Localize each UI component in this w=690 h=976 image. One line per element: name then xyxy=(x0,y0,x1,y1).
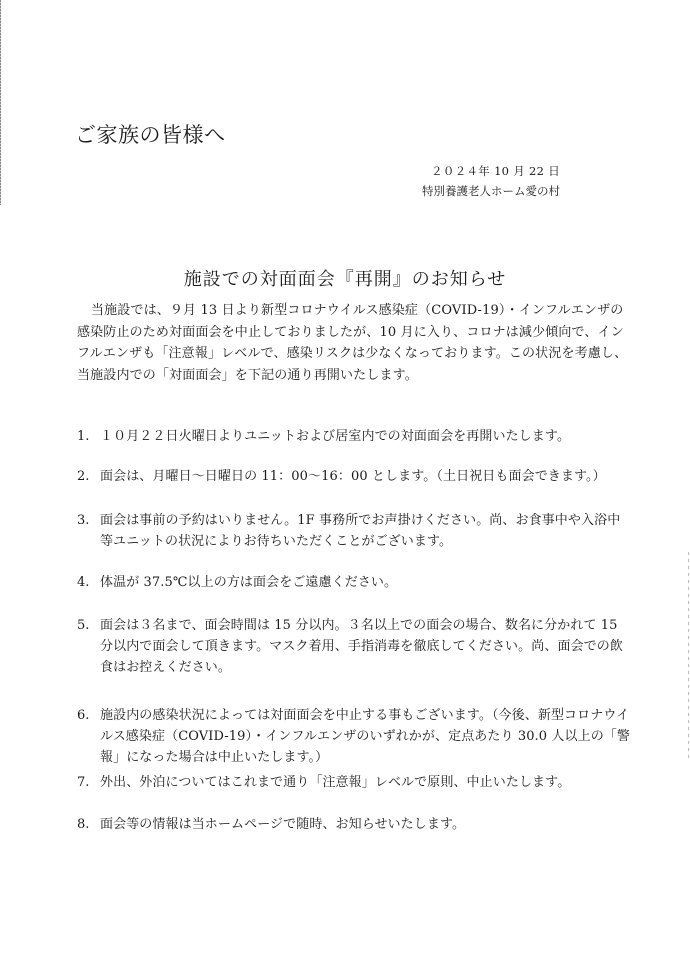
list-item-text: 面会等の情報は当ホームページで随時、お知らせいたします。 xyxy=(100,814,632,835)
list-item-5: 5. 面会は３名まで、面会時間は 15 分以内。３名以上での面会の場合、数名に分… xyxy=(77,615,632,678)
list-item-7: 7. 外出、外泊についてはこれまで通り「注意報」レベルで原則、中止いたします。 xyxy=(77,772,632,793)
scan-edge-artifact-right xyxy=(688,552,689,762)
salutation: ご家族の皆様へ xyxy=(75,119,226,149)
list-item-2: 2. 面会は、月曜日～日曜日の 11：00～16：00 とします。（土日祝日も面… xyxy=(77,466,632,487)
list-item-number: 8. xyxy=(77,814,100,835)
list-item-text: 面会は事前の予約はいりません。1F 事務所でお声掛けください。尚、お食事中や入浴… xyxy=(100,510,632,552)
list-item-text: 施設内の感染状況によっては対面面会を中止する事もございます。（今後、新型コロナウ… xyxy=(100,705,632,768)
intro-paragraph: 当施設では、９月 13 日より新型コロナウイルス感染症（COVID-19）・イン… xyxy=(77,300,632,386)
list-item-8: 8. 面会等の情報は当ホームページで随時、お知らせいたします。 xyxy=(77,814,632,835)
list-item-number: 7. xyxy=(77,772,100,793)
list-item-number: 5. xyxy=(77,615,100,678)
list-item-1: 1. １０月２２日火曜日よりユニットおよび居室内での対面面会を再開いたします。 xyxy=(77,426,632,447)
list-item-number: 2. xyxy=(77,466,100,487)
list-item-4: 4. 体温が 37.5℃以上の方は面会をご遠慮ください。 xyxy=(77,572,632,593)
list-item-text: 外出、外泊についてはこれまで通り「注意報」レベルで原則、中止いたします。 xyxy=(100,772,632,793)
list-item-text: 体温が 37.5℃以上の方は面会をご遠慮ください。 xyxy=(100,572,632,593)
list-item-number: 6. xyxy=(77,705,100,768)
document-date: ２０２４年 10 月 22 日 xyxy=(431,163,560,179)
list-item-text: 面会は３名まで、面会時間は 15 分以内。３名以上での面会の場合、数名に分かれて… xyxy=(100,615,632,678)
list-item-number: 4. xyxy=(77,572,100,593)
organization-name: 特別養護老人ホーム愛の村 xyxy=(422,183,560,199)
list-item-number: 3. xyxy=(77,510,100,552)
list-item-number: 1. xyxy=(77,426,100,447)
list-item-text: 面会は、月曜日～日曜日の 11：00～16：00 とします。（土日祝日も面会でき… xyxy=(100,466,632,487)
list-item-text: １０月２２日火曜日よりユニットおよび居室内での対面面会を再開いたします。 xyxy=(100,426,632,447)
document-title: 施設での対面面会『再開』のお知らせ xyxy=(0,265,690,291)
scan-edge-artifact-left xyxy=(0,0,1,205)
list-item-3: 3. 面会は事前の予約はいりません。1F 事務所でお声掛けください。尚、お食事中… xyxy=(77,510,632,552)
list-item-6: 6. 施設内の感染状況によっては対面面会を中止する事もございます。（今後、新型コ… xyxy=(77,705,632,768)
